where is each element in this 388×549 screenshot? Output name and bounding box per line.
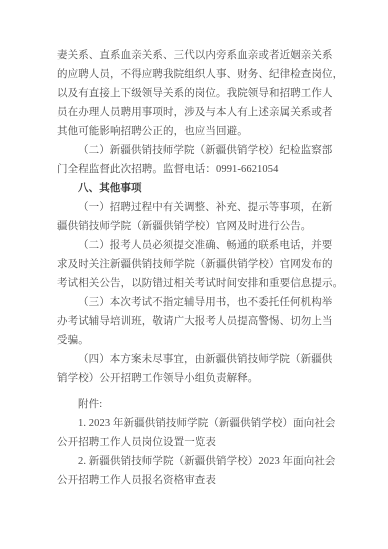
text-line: 门全程监督此次招聘。监督电话：0991-6621054 — [57, 160, 335, 179]
text-line: 2. 新疆供销技师学院（新疆供销学校）2023 年面向社会 — [57, 452, 335, 471]
text-line: 公开招聘工作人员岗位设置一览表 — [57, 433, 335, 452]
text-line: 受骗。 — [57, 331, 335, 350]
document-page: 妻关系、直系血亲关系、三代以内旁系血亲或者近姻亲关系的应聘人员，不得应聘我院组织… — [0, 0, 388, 549]
text-line: 销学校）公开招聘工作领导小组负责解释。 — [57, 369, 335, 388]
section-heading: 八、其他事项 — [57, 179, 335, 198]
text-line: 附件: — [57, 395, 335, 414]
text-line: （二）新疆供销技师学院（新疆供销学校）纪检监察部 — [57, 141, 335, 160]
text-line: 办考试辅导培训班，敬请广大报考人员提高警惕、切勿上当 — [57, 312, 335, 331]
text-line: （一）招聘过程中有关调整、补充、提示等事项，在新 — [57, 198, 335, 217]
text-line: （四）本方案未尽事宜，由新疆供销技师学院（新疆供 — [57, 350, 335, 369]
text-line: （三）本次考试不指定辅导用书，也不委托任何机构举 — [57, 293, 335, 312]
text-line: （二）报考人员必须提交准确、畅通的联系电话，并要 — [57, 236, 335, 255]
text-line: 员在办理人员聘用事项时，涉及与本人有上述亲属关系或者 — [57, 103, 335, 122]
text-line: 疆供销技师学院（新疆供销学校）官网及时进行公告。 — [57, 217, 335, 236]
text-line: 以及有直接上下级领导关系的岗位。我院领导和招聘工作人 — [57, 84, 335, 103]
text-line: 的应聘人员，不得应聘我院组织人事、财务、纪律检查岗位， — [57, 65, 335, 84]
text-line: 其他可能影响招聘公正的，也应当回避。 — [57, 122, 335, 141]
document-body: 妻关系、直系血亲关系、三代以内旁系血亲或者近姻亲关系的应聘人员，不得应聘我院组织… — [57, 46, 335, 490]
text-line: 公开招聘工作人员报名资格审查表 — [57, 471, 335, 490]
text-line: 考试相关公告，以防错过相关考试时间安排和重要信息提示。 — [57, 274, 335, 293]
text-line: 妻关系、直系血亲关系、三代以内旁系血亲或者近姻亲关系 — [57, 46, 335, 65]
paragraph-gap — [57, 388, 335, 395]
text-line: 1. 2023 年新疆供销技师学院（新疆供销学校）面向社会 — [57, 414, 335, 433]
text-line: 求及时关注新疆供销技师学院（新疆供销学校）官网发布的 — [57, 255, 335, 274]
